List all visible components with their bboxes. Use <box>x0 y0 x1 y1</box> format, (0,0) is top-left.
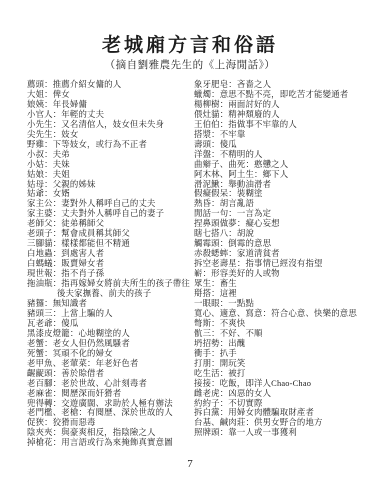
glossary-entry: 一眼眼：一點點 <box>194 299 363 309</box>
glossary-entry: 骯三：不好、不順 <box>194 329 363 339</box>
document-page: 老城廂方言和俗語 （摘自劉雅農先生的《上海閒話》） 薦頭：推薦介紹女傭的人大姐：… <box>0 0 380 480</box>
glossary-entry: 姑爺：女婿 <box>27 189 196 199</box>
glossary-entry: 家主公：妻對外人稱呼自己的丈夫 <box>27 199 196 209</box>
glossary-entry: 象牙肥皂：吝嗇之人 <box>194 80 363 90</box>
glossary-entry: 陰夾夾：與豪爽相反，指陰險之人 <box>27 428 196 438</box>
glossary-entry: 接接：吃飯，即洋人Chao-Chao <box>194 379 363 389</box>
glossary-entry: 台基、鹹肉莊：供男女野合的地方 <box>194 418 363 428</box>
glossary-entry: 照牌頭：靠一人或一事獲利 <box>194 428 363 438</box>
page-title: 老城廂方言和俗語 <box>0 30 380 57</box>
page-number: 7 <box>0 458 380 470</box>
glossary-entry: 小官人：年輕的丈夫 <box>27 110 196 120</box>
glossary-entry: 促狹：狡猾而惡毒 <box>27 418 196 428</box>
glossary-column-left: 薦頭：推薦介紹女傭的人大姐：俾女娘姨：年長婦傭小官人：年輕的丈夫小先生：又名清倌… <box>27 80 196 448</box>
glossary-entry: 吃生活：被打 <box>194 369 363 379</box>
glossary-entry: 拆空老壽星：指事情已經沒有指望 <box>194 259 363 269</box>
glossary-entry: 楊柳樹：兩面討好的人 <box>194 100 363 110</box>
glossary-entry: 豬頭三：上當上騙的人 <box>27 309 196 319</box>
glossary-entry: 熱昏：胡言亂語 <box>194 199 363 209</box>
glossary-entry: 雌老虎：凶惡的女人 <box>194 389 363 399</box>
glossary-entry: 坍招勢：出醜 <box>194 339 363 349</box>
glossary-entry: 滑泥鰍：舉動油滑者 <box>194 180 363 190</box>
glossary-entry: 觸霉頭：倒霉的意思 <box>194 239 363 249</box>
glossary-entry: 偎灶貓：精神頹廢的人 <box>194 110 363 120</box>
glossary-entry: 嶄：形容美好的人或物 <box>194 269 363 279</box>
glossary-entry: 搭漿：不牢靠 <box>194 130 363 140</box>
glossary-entry: 小叔：夫弟 <box>27 150 196 160</box>
glossary-entry: 曲辮子、曲死：憨戇之人 <box>194 160 363 170</box>
glossary-entry: 約約子：不切實際 <box>194 399 363 409</box>
page-subtitle: （摘自劉雅農先生的《上海閒話》） <box>0 57 380 72</box>
glossary-entry: 老甲魚、老葷菜：年老好色者 <box>27 359 196 369</box>
glossary-columns: 薦頭：推薦介紹女傭的人大姐：俾女娘姨：年長婦傭小官人：年輕的丈夫小先生：又名清倌… <box>27 80 365 448</box>
glossary-entry: 拖油瓶：指再嫁婦女將前夫所生的孩子帶往後夫家撫養、前夫的孩子 <box>27 279 196 299</box>
glossary-entry: 彆斯：不爽快 <box>194 319 363 329</box>
glossary-column-right: 象牙肥皂：吝嗇之人蠟燭：意思不點不亮，即吃苦才能變通者楊柳樹：兩面討好的人偎灶貓… <box>194 80 363 448</box>
glossary-entry: 瞎七搭八：胡說 <box>194 229 363 239</box>
glossary-entry: 洋盤：不精明的人 <box>194 150 363 160</box>
glossary-entry: 齷齪頭：善於賒借者 <box>27 369 196 379</box>
glossary-entry: 赤殺蟋蟀：家道清貧者 <box>194 249 363 259</box>
glossary-entry: 三腳貓：樣樣都能但不精通 <box>27 239 196 249</box>
glossary-entry: 眾生：畜生 <box>194 279 363 289</box>
glossary-entry: 王伯伯：指做事不牢靠的人 <box>194 120 363 130</box>
glossary-entry: 大姐：俾女 <box>27 90 196 100</box>
glossary-entry: 瓦老爺：傻瓜 <box>27 319 196 329</box>
glossary-entry: 拆白黨：用婦女肉體騙取財產者 <box>194 408 363 418</box>
glossary-entry: 尖先生：妓女 <box>27 130 196 140</box>
glossary-entry: 假癡假呆：裝糊塗 <box>194 189 363 199</box>
glossary-entry: 衝手：扒手 <box>194 349 363 359</box>
glossary-entry: 兜得轉：交遊廣闊、求助於人極有辦法 <box>27 399 196 409</box>
glossary-entry: 豬玀：無知識者 <box>27 299 196 309</box>
glossary-entry: 姑娘：夫姐 <box>27 170 196 180</box>
glossary-entry: 蠟燭：意思不點不亮，即吃苦才能變通者 <box>194 90 363 100</box>
glossary-entry: 薦頭：推薦介紹女傭的人 <box>27 80 196 90</box>
glossary-entry: 阿木林、阿土生：鄉下人 <box>194 170 363 180</box>
glossary-entry: 野雞：下等妓女，或行為不正者 <box>27 140 196 150</box>
glossary-entry: 打朋：開玩笑 <box>194 359 363 369</box>
glossary-entry: 黑漆皮燈籠：心地糊塗的人 <box>27 329 196 339</box>
glossary-entry: 壽頭：傻瓜 <box>194 140 363 150</box>
glossary-entry: 閒話一句：一言為定 <box>194 209 363 219</box>
glossary-entry: 老蟹：老女人但仍然風騷者 <box>27 339 196 349</box>
glossary-entry: 寬心、適意、寫意：符合心意、快樂的意思 <box>194 309 363 319</box>
glossary-entry: 小姑：夫妹 <box>27 160 196 170</box>
glossary-entry: 老門檻、老槍：有閱歷、深於世故的人 <box>27 408 196 418</box>
glossary-entry: 老麻雀：閱歷深而奸猾者 <box>27 389 196 399</box>
glossary-entry: 娘姨：年長婦傭 <box>27 100 196 110</box>
glossary-entry: 老頭子：幫會成員稱其師父 <box>27 229 196 239</box>
glossary-entry: 老百腳：老於世故、心計刻毒者 <box>27 379 196 389</box>
glossary-entry: 掉槍花：用言語或行為來掩飾真實意圖 <box>27 438 196 448</box>
glossary-entry: 捏鼻頭做夢：癡心妄想 <box>194 219 363 229</box>
glossary-entry: 小先生：又名清倌人，妓女但未失身 <box>27 120 196 130</box>
glossary-entry: 死蟹：冥頑不化的婦女 <box>27 349 196 359</box>
glossary-entry: 姑母：父親的姊妹 <box>27 180 196 190</box>
glossary-entry: 搿搭：這裡 <box>194 289 363 299</box>
glossary-entry: 現世報：指不肖子孫 <box>27 269 196 279</box>
glossary-entry: 老師父：徒弟稱師父 <box>27 219 196 229</box>
glossary-entry: 家主婆：丈夫對外人稱呼自己的妻子 <box>27 209 196 219</box>
glossary-entry: 白螞蟻：販賣婦女者 <box>27 259 196 269</box>
glossary-entry: 白地蟲：到處害人者 <box>27 249 196 259</box>
